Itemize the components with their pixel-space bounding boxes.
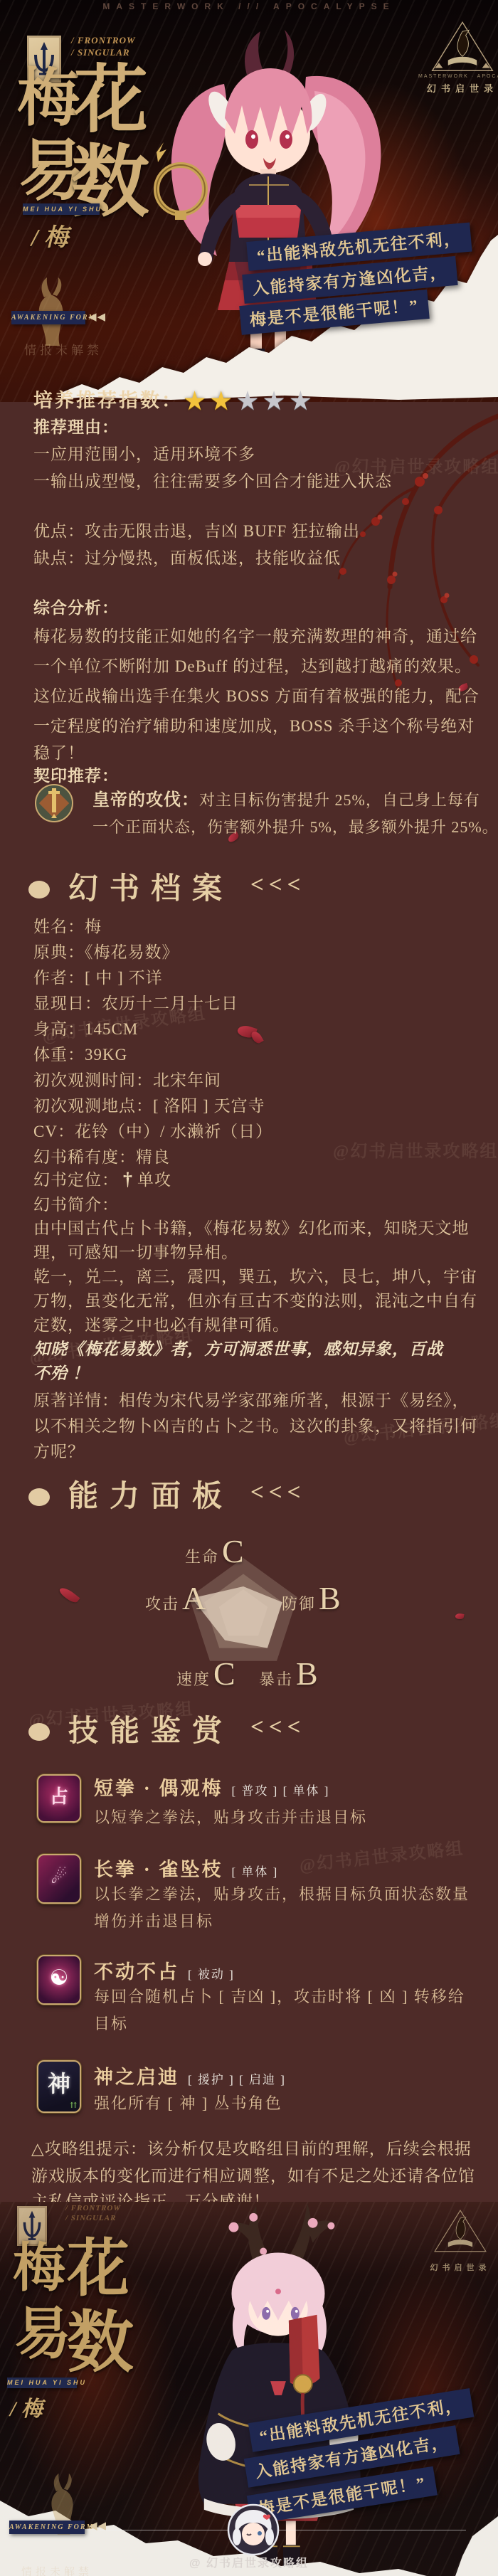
archive-row: 姓名：梅 [33, 913, 102, 937]
field-label: 幻书稀有度： [33, 1148, 136, 1166]
awakening-form-badge: AWAKENING FORM [9, 2521, 85, 2534]
field-value: 145CM [85, 1020, 138, 1038]
archive-row: 身高：145CM [33, 1016, 138, 1039]
analysis-line: 梅花易数的技能正如她的名字一般充满数理的神奇，通过给 [33, 623, 477, 647]
archive-bold-line: 知晓《梅花易数》者，方可洞悉世事，感知异象，百战 [33, 1336, 443, 1359]
skill-tags: [ 普攻 ] [ 单体 ] [232, 1784, 330, 1798]
stat-grade: C [213, 1655, 235, 1692]
archive-intro-line: 由中国古代占卜书籍，《梅花易数》幻化而来，知晓天文地 [33, 1215, 470, 1239]
section-arrows: <<< [250, 1714, 305, 1741]
field-value: 农历十二月十七日 [102, 995, 238, 1012]
seal-emblem-icon [34, 783, 74, 824]
archive-row: CV：花铃（中）/ 水濑祈（日） [33, 1118, 272, 1142]
star-icon: ★ [263, 386, 286, 416]
field-label: 原典： [33, 943, 85, 961]
stat-name: 攻击 [145, 1595, 179, 1613]
field-value: 梅 [85, 918, 102, 935]
game-logo-icon [430, 18, 495, 80]
game-logo-subtext: MASTERWORK · APOCALYPSE [418, 74, 498, 79]
skill-icon-glyph: ☯ [38, 1956, 80, 2000]
section-arrows: <<< [250, 1480, 305, 1506]
rewind-arrows-icon: ◀◀ [89, 2519, 107, 2533]
field-value: 精良 [136, 1148, 170, 1166]
archive-origin-line: 以不相关之物卜凶吉的占卜之书。这次的卦象，又将指引何 [33, 1413, 477, 1436]
skill-tags: [ 单体 ] [232, 1865, 279, 1879]
watermark: @幻书启世录攻略组 [333, 1137, 498, 1162]
field-value: 39KG [85, 1046, 127, 1064]
stat-name: 防御 [282, 1595, 316, 1613]
title-char-2: 花 [74, 64, 148, 138]
field-label: 姓名： [33, 918, 85, 935]
title-alias: / 梅 [10, 2391, 43, 2422]
title-char-1: 梅 [17, 68, 80, 131]
game-logo-name: 幻书启世录 [418, 81, 498, 95]
analysis-line: 稳了！ [33, 740, 85, 763]
locked-info-text: 情报未解禁 [24, 340, 102, 358]
archive-row: 原典：《梅花易数》 [33, 939, 179, 963]
field-value: [ 中 ] 不详 [85, 969, 163, 987]
skill-name-row: 短拳 · 偶观梅[ 普攻 ] [ 单体 ] [94, 1773, 329, 1801]
analysis-heading: 综合分析： [33, 595, 119, 618]
skill-tags: [ 被动 ] [188, 1968, 235, 1981]
field-label: 体重： [33, 1046, 85, 1064]
skill-desc: 每回合随机占卜 [ 吉凶 ]，攻击时将 [ 凶 ] 转移给 [94, 1985, 465, 2007]
rewind-arrows-icon: ◀◀ [88, 310, 106, 324]
role-tag-singular: / SINGULAR [71, 46, 130, 58]
stat-crit: 暴击B [259, 1658, 318, 1690]
skill-name-row: 不动不占[ 被动 ] [94, 1956, 235, 1984]
footer-art-section: / FRONTROW / SINGULAR 梅 花 易 数 MEI HUA YI… [0, 2202, 498, 2576]
watermark: @幻书启世录攻略组 [298, 1834, 465, 1876]
guild-avatar [226, 2503, 280, 2557]
field-label: 初次观测时间： [33, 1071, 153, 1089]
archive-row: 显现日：农历十二月十七日 [33, 990, 238, 1014]
rating-row: 培养推荐指数：★★★★★ [33, 385, 315, 414]
field-value: 《梅花易数》 [85, 943, 179, 961]
star-icon: ★ [235, 386, 259, 416]
section-title-skills: 技能鉴赏 [68, 1707, 233, 1750]
skill-name: 短拳 · 偶观梅 [94, 1778, 223, 1799]
section-bullet [28, 1723, 50, 1741]
stat-name: 速度 [176, 1670, 211, 1688]
title-romaji-badge: MEI HUA YI SHU [23, 203, 100, 215]
skill-icon-glyph: 占 [38, 1776, 80, 1818]
stat-grade: C [222, 1533, 244, 1569]
petal-decoration [250, 1029, 263, 1045]
section-title-archive: 幻书档案 [68, 865, 233, 908]
stat-grade: A [182, 1580, 206, 1616]
credit-text: @ 幻书启世录攻略组 [0, 2554, 498, 2570]
stat-atk: 攻击A [145, 1582, 206, 1615]
title-romaji-badge: MEI HUA YI SHU [7, 2378, 77, 2388]
skill-name: 不动不占 [94, 1961, 179, 1983]
field-value: 单攻 [137, 1171, 171, 1189]
archive-intro-line: 万物，虽变化无常，但亦有亘古不变的法则，混沌之中自有 [33, 1288, 477, 1311]
analysis-line: 一定程度的治疗辅助和速度加成，BOSS 杀手这个称号绝对 [33, 713, 475, 736]
field-label: 作者： [33, 969, 85, 987]
stat-grade: B [319, 1580, 341, 1616]
role-tag-frontrow: / FRONTROW [65, 2203, 121, 2213]
awakening-form-badge: AWAKENING FORM [11, 311, 85, 324]
analysis-line: 这位近战输出选手在集火 BOSS 方面有着极强的能力，配合 [33, 683, 480, 706]
note-line: △攻略组提示：该分析仅是攻略组目前的理解，后续会根据 [31, 2136, 472, 2159]
seal-effect: 对主目标伤害提升 25%，自己身上每有 [199, 791, 480, 809]
game-logo-name: 幻书启世录 [421, 2262, 498, 2273]
seal-line-2: 一个正面状态，伤害额外提升 5%，最多额外提升 25%。 [92, 815, 498, 837]
stat-name: 生命 [185, 1548, 219, 1566]
field-label: 显现日： [33, 995, 102, 1012]
trident-sword-icon [21, 2210, 43, 2242]
footer-divider [100, 2530, 466, 2530]
character-guide-poster: MASTERWORK /// APOCALYPSE [0, 0, 498, 2576]
skill-icon-divination-swirl: 占 [37, 1774, 81, 1823]
skill-icon-glyph: 神 [38, 2062, 80, 2106]
field-label: 身高： [33, 1020, 85, 1038]
archive-bold-line: 不殆 ！ [33, 1360, 90, 1384]
skill-icon-yinyang-bagua: ☯ [37, 1955, 81, 2005]
game-logo-icon [433, 2207, 488, 2259]
seal-name: 皇帝的攻伐： [92, 791, 199, 810]
skill-desc: 强化所有 [ 神 ] 丛书角色 [94, 2092, 282, 2114]
archive-row: 作者：[ 中 ] 不详 [33, 965, 163, 988]
archive-row: 体重：39KG [33, 1041, 127, 1065]
field-label: 幻书定位： [33, 1171, 119, 1189]
star-icon: ★ [183, 386, 206, 416]
title-char-1: 梅 [13, 2242, 65, 2295]
star-icon: ★ [289, 386, 312, 416]
field-value: [ 洛阳 ] 天宫寺 [153, 1097, 265, 1115]
stat-hp: 生命C [185, 1535, 244, 1568]
buff-arrows-icon: ⇈ [70, 2101, 77, 2110]
star-rating: ★★★★★ [183, 401, 315, 413]
field-value: 花铃（中）/ 水濑祈（日） [75, 1123, 272, 1140]
skill-name: 长拳 · 雀坠枝 [94, 1859, 223, 1880]
title-alias: / 梅 [31, 218, 68, 253]
archive-row: 幻书稀有度：精良 [33, 1144, 170, 1167]
skill-icon-bagua-beam: ☄ [37, 1854, 81, 1904]
skill-name-row: 长拳 · 雀坠枝[ 单体 ] [94, 1854, 278, 1882]
note-line: 游戏版本的变化而进行相应调整，如有不足之处还请各位馆 [31, 2163, 475, 2186]
skill-desc: 目标 [94, 2012, 128, 2034]
stat-name: 暴击 [259, 1670, 293, 1688]
role-tag-singular: / SINGULAR [65, 2213, 116, 2223]
archive-row: 初次观测地点：[ 洛阳 ] 天宫寺 [33, 1093, 265, 1116]
seal-line-1: 皇帝的攻伐：对主目标伤害提升 25%，自己身上每有 [92, 785, 480, 810]
petal-decoration [58, 1585, 80, 1605]
stat-grade: B [296, 1655, 318, 1692]
archive-row: 初次观测时间：北宋年间 [33, 1067, 221, 1091]
archive-intro-line: 乾一，兑二，离三，震四，巽五，坎六，艮七，坤八，宇宙 [33, 1263, 477, 1287]
archive-origin-line: 方呢？ [33, 1438, 85, 1462]
section-arrows: <<< [250, 872, 305, 899]
skill-desc: 增伤并击退目标 [94, 1909, 213, 1931]
reason-item: 一应用范围小，适用环境不多 [33, 441, 255, 465]
section-bullet [28, 1488, 50, 1506]
title-char-2: 花 [67, 2239, 129, 2301]
skill-desc: 以短拳之拳法，贴身攻击并击退目标 [94, 1806, 367, 1828]
skill-desc: 以长拳之拳法，贴身攻击，根据目标负面状态数量 [94, 1882, 470, 1904]
skill-name-row: 神之启迪[ 援护 ] [ 启迪 ] [94, 2062, 286, 2089]
archive-intro-line: 定数，迷雾之中也必有规律可循。 [33, 1312, 290, 1335]
archive-intro-heading: 幻书简介： [33, 1192, 119, 1215]
pros-line: 优点：攻击无限击退，吉凶 BUFF 狂拉输出 [33, 518, 360, 541]
skill-tags: [ 援护 ] [ 启迪 ] [188, 2073, 286, 2087]
field-label: 初次观测地点： [33, 1097, 153, 1115]
star-icon: ★ [209, 386, 233, 416]
sword-icon: † [123, 1169, 133, 1189]
stat-def: 防御B [282, 1582, 341, 1615]
cons-line: 缺点：过分慢热，面板低迷，技能收益低 [33, 545, 341, 568]
reasons-heading: 推荐理由： [33, 414, 119, 438]
role-tag-frontrow: / FRONTROW [71, 34, 136, 46]
skill-icon-glyph: ☄ [38, 1855, 80, 1899]
stat-spd: 速度C [176, 1658, 235, 1690]
archive-origin-line: 原著详情：相传为宋代易学家邵雍所著，根源于《易经》， [33, 1387, 470, 1411]
skill-icon-god-inspiration: 神 ⇈ [37, 2060, 81, 2113]
field-value: 北宋年间 [153, 1071, 221, 1089]
field-label: CV： [33, 1123, 75, 1140]
title-char-4: 数 [67, 2310, 134, 2377]
petal-decoration [455, 1613, 464, 1620]
title-char-3: 易 [14, 2306, 71, 2363]
reason-item: 一输出成型慢，往往需要多个回合才能进入状态 [33, 468, 392, 492]
archive-row: 幻书定位：†单攻 [33, 1167, 171, 1190]
skill-name: 神之启迪 [94, 2067, 179, 2088]
archive-intro-line: 理，可感知一切事物异相。 [33, 1239, 238, 1263]
header-art-section: MASTERWORK /// APOCALYPSE [0, 0, 498, 402]
section-bullet [28, 881, 50, 899]
analysis-line: 一个单位不断附加 DeBuff 的过程，达到越打越痛的效果。 [33, 653, 472, 677]
rating-label: 培养推荐指数： [33, 390, 183, 411]
top-banner: MASTERWORK /// APOCALYPSE [0, 1, 498, 11]
section-title-ability: 能力面板 [68, 1473, 233, 1515]
